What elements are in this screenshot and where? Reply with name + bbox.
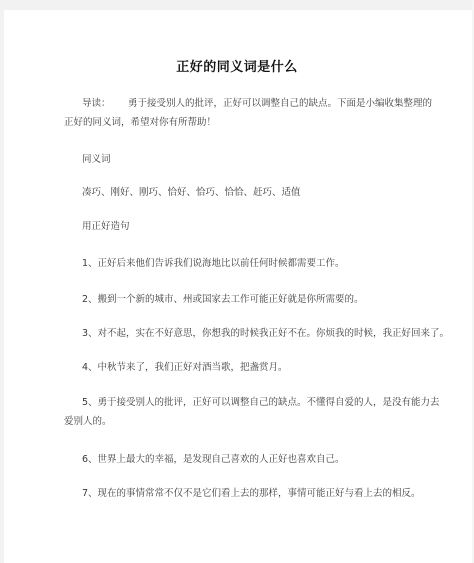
sentence-item: 3、对不起，实在不好意思，你想我的时候我正好不在。你烦我的时候，我正好回来了。 — [64, 324, 462, 344]
sentences-heading: 用正好造句 — [64, 217, 462, 237]
sentence-item: 5、勇于接受别人的批评，正好可以调整自己的缺点。不懂得自爱的人，是没有能力去 — [64, 393, 462, 413]
document-title: 正好的同义词是什么 — [0, 56, 474, 75]
sentence-item-continuation: 爱别人的。 — [64, 412, 444, 432]
page-left-border — [0, 0, 4, 563]
sentence-item: 1、正好后来他们告诉我们说海地比以前任何时候都需要工作。 — [64, 254, 462, 274]
synonyms-heading: 同义词 — [64, 150, 462, 170]
intro-paragraph-line1: 导读：勇于接受别人的批评，正好可以调整自己的缺点。下面是小编收集整理的 — [64, 94, 462, 114]
sentence-item: 4、中秋节来了，我们正好对酒当歌，把盏赏月。 — [64, 358, 462, 378]
intro-text-line2: 正好的同义词，希望对你有所帮助！ — [64, 113, 444, 133]
intro-label: 导读： — [82, 94, 128, 114]
page-top-border — [0, 0, 474, 10]
sentence-item: 2、搬到一个新的城市、州或国家去工作可能正好就是你所需要的。 — [64, 290, 462, 310]
synonyms-list: 凑巧、刚好、刚巧、恰好、恰巧、恰恰、赶巧、适值 — [64, 183, 462, 203]
intro-text-line1: 勇于接受别人的批评，正好可以调整自己的缺点。下面是小编收集整理的 — [128, 98, 432, 109]
sentence-item: 7、现在的事情常常不仅不是它们看上去的那样，事情可能正好与看上去的相反。 — [64, 484, 462, 504]
document-page: 正好的同义词是什么 导读：勇于接受别人的批评，正好可以调整自己的缺点。下面是小编… — [0, 0, 474, 563]
sentence-item: 6、世界上最大的幸福，是发现自己喜欢的人正好也喜欢自己。 — [64, 450, 462, 470]
